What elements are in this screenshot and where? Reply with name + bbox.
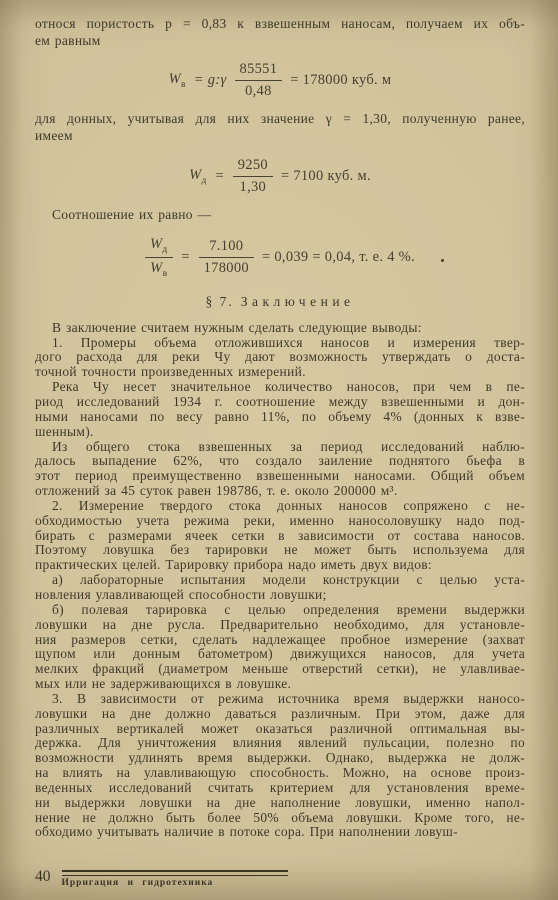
- formula-operator: =: [181, 249, 191, 266]
- fraction-ratio: Wд Wв: [145, 236, 173, 279]
- paragraph-ratio-intro: Соотношение их равно —: [35, 206, 525, 223]
- fraction: 9250 1,30: [233, 157, 273, 196]
- text-line: относя пористость p = 0,83 к взвешенным …: [35, 15, 525, 32]
- fraction-denominator: 0,48: [235, 80, 283, 100]
- text-line: шенным).: [35, 425, 525, 440]
- paragraph-bottom-sediment-intro: для донных, учитывая для них значение γ …: [35, 110, 525, 144]
- paragraph-item-a: а) лабораторные испытания модели констру…: [35, 573, 525, 603]
- section-heading: § 7.Заключение: [35, 294, 525, 310]
- text-line: ными наносами по весу равно 11%, по объе…: [35, 410, 525, 425]
- text-line: имеем: [35, 127, 525, 144]
- text-line: обходимо учитывать наличие в потоке сора…: [35, 825, 525, 840]
- fraction: 7.100 178000: [199, 238, 254, 277]
- fraction-numerator: 9250: [233, 157, 273, 176]
- fraction-numerator: Wд: [145, 236, 173, 257]
- conclusion-section: В заключение считаем нужным сделать след…: [35, 321, 525, 841]
- text-line: этот период преимущественно взвешенными …: [35, 469, 525, 484]
- text-line: различных вертикалей может оказаться раз…: [35, 722, 525, 737]
- fraction-numerator: 7.100: [199, 238, 254, 257]
- text-line: б) полевая тарировка с целью определения…: [35, 603, 525, 618]
- imprint-title: Ирригация и гидротехника: [62, 878, 288, 888]
- paragraph-porosity-continuation: относя пористость p = 0,83 к взвешенным …: [35, 15, 525, 49]
- fraction-denominator: 178000: [199, 257, 254, 277]
- book-page: относя пористость p = 0,83 к взвешенным …: [0, 0, 558, 900]
- text-line: держка. Для уничтожения влияния явлений …: [35, 736, 525, 751]
- formula-sediment-ratio: Wд Wв = 7.100 178000 = 0,039 = 0,04, т. …: [35, 236, 525, 279]
- text-line: обходимостью учета режима реки, именно н…: [35, 514, 525, 529]
- paragraph-river-chu: Река Чу несет значительное количество на…: [35, 380, 525, 439]
- text-line: на влиять на улавливающую способность. М…: [35, 766, 525, 781]
- text-line: Поэтому ловушка без тарировки не может б…: [35, 543, 525, 558]
- text-line: новления улавливающей способности ловушк…: [35, 588, 525, 603]
- formula-bottom-sediment-volume: Wд = 9250 1,30 = 7100 куб. м.: [35, 157, 525, 196]
- paragraph-total-runoff: Из общего стока взвешенных за период исс…: [35, 440, 525, 499]
- text-line: Соотношение их равно —: [35, 206, 525, 223]
- text-line: далось выпадение 62%, что создало заилен…: [35, 454, 525, 469]
- formula-operator: =: [215, 168, 225, 185]
- text-line: щупом или донным батометром) движущихся …: [35, 647, 525, 662]
- fraction-denominator: Wв: [145, 257, 173, 279]
- text-line: ловушки на дне русла. Предварительно нео…: [35, 618, 525, 633]
- fraction-numerator: 85551: [235, 61, 283, 80]
- paragraph-conclusion-intro: В заключение считаем нужным сделать след…: [35, 321, 525, 336]
- formula-result: = 0,039 = 0,04, т. е. 4 %.: [262, 249, 415, 266]
- fraction: 85551 0,48: [235, 61, 283, 100]
- text-line: 3. В зависимости от режима источника вре…: [35, 692, 525, 707]
- text-line: ния размеров сетки, сделать надлежащее п…: [35, 633, 525, 648]
- text-line: ни выдержки ловушки на дне наполнение ло…: [35, 796, 525, 811]
- page-footer: 40 Ирригация и гидротехника: [35, 864, 288, 888]
- formula-operator: = g:γ: [194, 72, 227, 89]
- text-line: практических целей. Тарировку прибора на…: [35, 558, 525, 573]
- text-line: ем равным: [35, 32, 525, 49]
- section-title: Заключение: [241, 294, 355, 309]
- text-line: Из общего стока взвешенных за период исс…: [35, 440, 525, 455]
- text-line: а) лабораторные испытания модели констру…: [35, 573, 525, 588]
- fraction-denominator: 1,30: [233, 176, 273, 196]
- formula-lhs: Wд: [189, 167, 207, 186]
- text-line: возможности удлинять время выдержки. Одн…: [35, 751, 525, 766]
- imprint-rule: [62, 870, 288, 876]
- formula-result: = 7100 куб. м.: [281, 168, 371, 185]
- paragraph-item-b: б) полевая тарировка с целью определения…: [35, 603, 525, 692]
- text-line: мелких фракций (диаметром меньше отверст…: [35, 662, 525, 677]
- text-line: Река Чу несет значительное количество на…: [35, 380, 525, 395]
- text-line: бирать с размерами ячеек сетки в зависим…: [35, 529, 525, 544]
- text-line: веденных исследований считать критерием …: [35, 781, 525, 796]
- text-line: 2. Измерение твердого стока донных нанос…: [35, 499, 525, 514]
- formula-result: = 178000 куб. м: [290, 72, 391, 89]
- section-number: § 7.: [205, 294, 233, 309]
- paper-speck: [441, 259, 444, 262]
- text-line: ловушки на дне должно даваться различным…: [35, 707, 525, 722]
- text-line: риод исследований 1934 г. соотношение ме…: [35, 395, 525, 410]
- paragraph-point-1: 1. Промеры объема отложившихся наносов и…: [35, 336, 525, 381]
- text-line: дого расхода для реки Чу дают возможност…: [35, 350, 525, 365]
- page-number: 40: [35, 864, 51, 885]
- text-line: мых или не задерживающихся в ловушке.: [35, 677, 525, 692]
- text-line: для донных, учитывая для них значение γ …: [35, 110, 525, 127]
- formula-suspended-sediment-volume: Wв = g:γ 85551 0,48 = 178000 куб. м: [35, 61, 525, 100]
- text-line: отложений за 45 суток равен 198786, т. е…: [35, 484, 525, 499]
- text-line: точной точности произведенных измерений.: [35, 365, 525, 380]
- series-imprint: Ирригация и гидротехника: [62, 864, 288, 888]
- paragraph-point-2: 2. Измерение твердого стока донных нанос…: [35, 499, 525, 573]
- text-line: В заключение считаем нужным сделать след…: [35, 321, 525, 336]
- paragraph-point-3: 3. В зависимости от режима источника вре…: [35, 692, 525, 840]
- formula-lhs: Wв: [169, 71, 186, 90]
- text-line: 1. Промеры объема отложившихся наносов и…: [35, 336, 525, 351]
- text-line: нение не должно быть более 50% объема ло…: [35, 811, 525, 826]
